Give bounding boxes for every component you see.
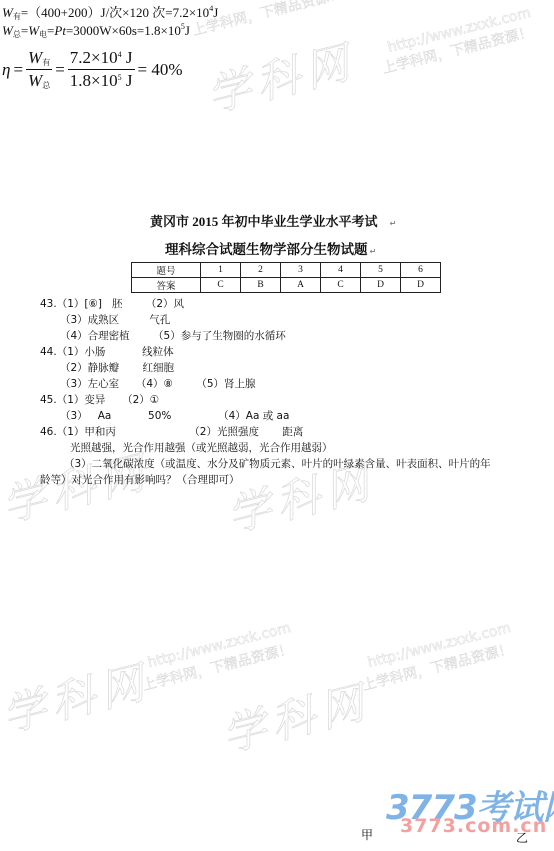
var-w: W [28, 48, 42, 67]
answer-table-wrap: 题号 1 2 3 4 5 6 答案 C B A C D D [131, 262, 441, 293]
subscript: 有 [42, 58, 50, 67]
unit: J [122, 71, 133, 90]
table-cell: 4 [321, 263, 361, 278]
table-cell: 2 [241, 263, 281, 278]
return-mark: ↵ [370, 247, 377, 256]
answer-line: （4）合理密植 （5）参与了生物圈的水循环 [60, 328, 286, 343]
table-row-numbers: 题号 1 2 3 4 5 6 [132, 263, 441, 278]
efficiency-equation: η = W有 W总 = 7.2×104 J 1.8×105 J = 40% [2, 48, 183, 91]
answer-line: 龄等）对光合作用有影响吗？（合理即可） [40, 472, 240, 487]
table-cell: C [201, 278, 241, 293]
table-cell: 1 [201, 263, 241, 278]
answer-table: 题号 1 2 3 4 5 6 答案 C B A C D D [131, 262, 441, 293]
unit: J [122, 48, 133, 67]
subscript: 总 [13, 30, 21, 39]
work-total-equation: W总=W电=Pt=3000W×60s=1.8×105J [2, 23, 190, 40]
answer-line: 46.（1）甲和丙 （2）光照强度 距离 [40, 424, 303, 439]
var-w: W [2, 5, 13, 20]
table-cell: A [281, 278, 321, 293]
fraction-values: 7.2×104 J 1.8×105 J [68, 48, 135, 91]
table-cell: 6 [401, 263, 441, 278]
var-w: W [28, 71, 42, 90]
answer-line: （3） Aa 50% （4）Aa 或 aa [60, 408, 289, 423]
answer-line: 45.（1）变异 （2）① [40, 392, 159, 407]
var-w: W [2, 23, 13, 38]
answer-line: （3）二氧化碳浓度（或温度、水分及矿物质元素、叶片的叶绿素含量、叶表面积、叶片的… [64, 456, 491, 471]
exam-subtitle: 理科综合试题生物学部分生物试题↵ [165, 238, 376, 258]
table-cell: 5 [361, 263, 401, 278]
subscript: 电 [39, 30, 47, 39]
result: = 40% [138, 60, 183, 80]
work-useful-equation: W有=（400+200）J/次×120 次=7.2×104J [2, 2, 218, 22]
answer-line: 43.（1）[⑥] 胚 （2）风 [40, 296, 184, 311]
answer-line: 44.（1）小肠 线粒体 [40, 344, 174, 359]
table-cell: D [361, 278, 401, 293]
watermark-brand: 学科网 [0, 646, 156, 744]
return-mark: ↵ [390, 219, 397, 228]
numerator: 7.2×10 [70, 48, 118, 67]
watermark-brand: 学科网 [215, 666, 376, 764]
denominator: 1.8×10 [70, 71, 118, 90]
unit: J [185, 23, 190, 38]
subscript: 有 [13, 12, 21, 21]
equals: = [13, 60, 23, 80]
table-cell: 3 [281, 263, 321, 278]
var-pt: Pt [54, 23, 66, 38]
table-row-answers: 答案 C B A C D D [132, 278, 441, 293]
watermark-brand: 学科网 [200, 26, 361, 124]
figure-label-right: 乙 [516, 829, 528, 846]
table-cell: D [401, 278, 441, 293]
exam-title: 黄冈市 2015 年初中毕业生学业水平考试↵ [150, 211, 396, 230]
table-cell: B [241, 278, 281, 293]
row-header: 题号 [132, 263, 201, 278]
eta-symbol: η [2, 60, 10, 80]
exam-title-text: 黄冈市 2015 年初中毕业生学业水平考试 [150, 214, 378, 229]
answer-line: （3）成熟区 气孔 [60, 312, 170, 327]
subscript: 总 [42, 81, 50, 90]
answer-line: （3）左心室 （4）⑧ （5）肾上腺 [60, 376, 256, 391]
var-w: W [28, 23, 39, 38]
table-cell: C [321, 278, 361, 293]
row-header: 答案 [132, 278, 201, 293]
equals: = [55, 60, 65, 80]
equation-rhs: =3000W×60s=1.8×10 [66, 23, 181, 38]
exam-subtitle-text: 理科综合试题生物学部分生物试题 [165, 242, 368, 258]
figure-label-left: 甲 [361, 826, 373, 843]
answer-line: （2）静脉瓣 红细胞 [60, 360, 174, 375]
unit: J [213, 5, 218, 20]
fraction-w: W有 W总 [26, 48, 52, 91]
equation-rhs: =（400+200）J/次×120 次=7.2×10 [21, 5, 209, 20]
answer-line: 光照越强，光合作用越强（或光照越弱，光合作用越弱） [70, 440, 333, 455]
